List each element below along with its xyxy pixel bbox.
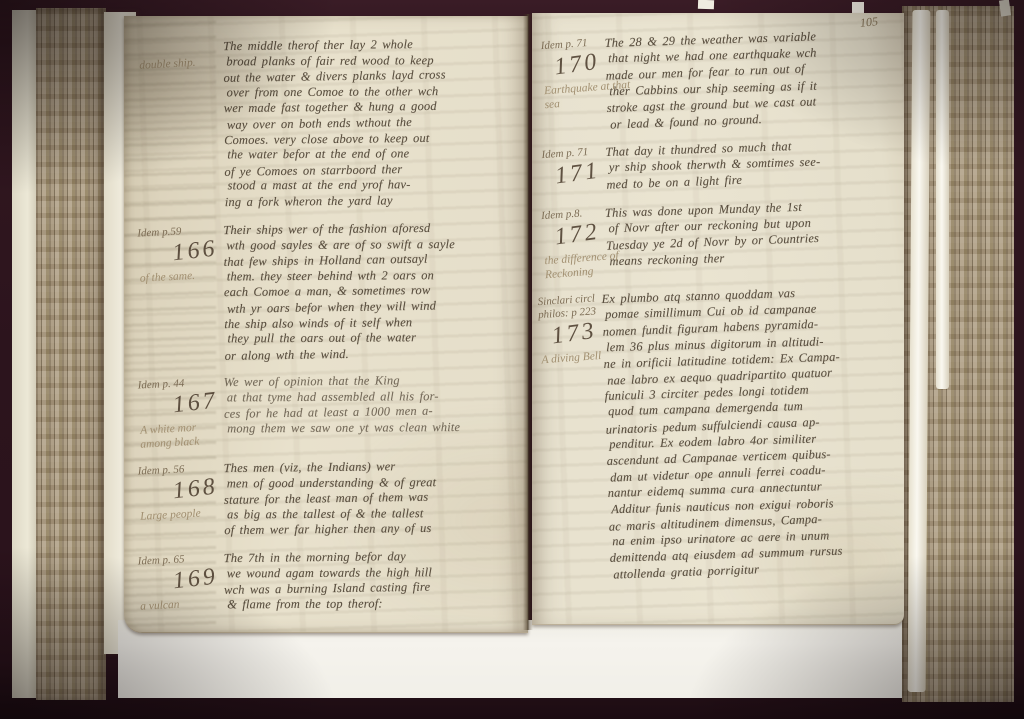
left-page-content: double ship. The middle therof ther lay … bbox=[124, 16, 528, 614]
margin-note-block bbox=[543, 191, 607, 193]
handwriting-line: as big as the tallest of & the tallest bbox=[227, 505, 522, 522]
entry-number: 172 bbox=[540, 219, 607, 251]
handwriting-lines: We wer of opinion that the Kingat that t… bbox=[224, 372, 523, 437]
entry-text: We wer of opinion that the Kingat that t… bbox=[224, 372, 523, 449]
margin-column: Idem p.59 166 of the same. bbox=[137, 223, 224, 364]
right-fore-edge-stack bbox=[902, 6, 1014, 702]
margin-column: Idem p. 71 171 bbox=[541, 144, 606, 195]
separator-sheet bbox=[908, 10, 931, 692]
right-entries: Idem p. 71 170 Earthquake at thatsea The… bbox=[542, 37, 898, 584]
entry-text: This was done upon Munday the 1stof Novr… bbox=[605, 196, 899, 279]
handwriting-lines: This was done upon Munday the 1stof Novr… bbox=[605, 196, 899, 270]
margin-note-block: the difference ofReckoning bbox=[542, 252, 607, 281]
margin-note-block: Earthquake at thatsea bbox=[542, 82, 607, 111]
entry-number: 173 bbox=[537, 318, 604, 350]
handwriting-line: them. they steer behind wth 2 oars on bbox=[227, 267, 522, 284]
right-page: 105 Idem p. 71 170 Earthquake at thatsea bbox=[532, 13, 904, 625]
entry-text: Ex plumbo atq stanno quoddam vaspomae si… bbox=[601, 282, 902, 583]
margin-reference-block: Sinclari circlphilos: p 223 bbox=[537, 293, 602, 321]
margin-subject-note: double ship. bbox=[139, 55, 224, 73]
entry-number: 168 bbox=[137, 474, 225, 508]
handwriting-line: We wer of opinion that the King bbox=[224, 372, 522, 391]
margin-note-block: double ship. bbox=[137, 57, 223, 71]
handwriting-line: Their ships wer of the fashion aforesd bbox=[223, 220, 521, 239]
right-page-content: Idem p. 71 170 Earthquake at thatsea The… bbox=[532, 13, 904, 584]
entry-text: Thes men (viz, the Indians) wermen of go… bbox=[224, 458, 523, 539]
handwriting-lines: That day it thundred so much thatyr ship… bbox=[605, 135, 898, 193]
handwriting-line: over from one Comoe to the other wch bbox=[227, 83, 522, 100]
handwriting-line: mong them we saw one yt was clean white bbox=[227, 419, 522, 436]
margin-column: Idem p.8. 172 the difference ofReckoning bbox=[541, 205, 607, 281]
entry-number: 166 bbox=[136, 235, 224, 269]
margin-note-block: A white moramong black bbox=[138, 422, 224, 450]
margin-subject-note: of the same. bbox=[140, 268, 225, 286]
margin-note-block: of the same. bbox=[138, 270, 224, 284]
handwriting-line: The 7th in the morning befor day bbox=[224, 548, 522, 567]
separator-sheet bbox=[936, 10, 949, 389]
handwriting-line: ing a fork wheron the yard lay bbox=[225, 192, 523, 211]
open-manuscript-book-photo: double ship. The middle therof ther lay … bbox=[0, 0, 1024, 719]
margin-column: Sinclari circlphilos: p 223 173 A diving… bbox=[537, 291, 610, 585]
entry-number: 169 bbox=[137, 564, 225, 598]
handwriting-line: The middle therof ther lay 2 whole bbox=[223, 36, 521, 55]
manuscript-entry: Idem p. 71 170 Earthquake at thatsea The… bbox=[540, 26, 899, 134]
handwriting-line: Thes men (viz, the Indians) wer bbox=[224, 458, 522, 477]
margin-subject-note: A diving Bell bbox=[541, 350, 604, 368]
manuscript-entry: Sinclari circlphilos: p 223 173 A diving… bbox=[537, 282, 902, 585]
handwriting-lines: The middle therof ther lay 2 wholebroad … bbox=[223, 36, 523, 211]
entry-number: 171 bbox=[541, 158, 608, 190]
margin-note-block: a vulcan bbox=[138, 598, 224, 612]
manuscript-entry: Idem p. 44 167 A white moramong black We… bbox=[138, 372, 523, 450]
paper-tab bbox=[698, 0, 714, 9]
margin-column: Idem p. 65 169 a vulcan bbox=[138, 551, 225, 614]
left-entries: double ship. The middle therof ther lay … bbox=[138, 40, 522, 614]
margin-column: Idem p. 71 170 Earthquake at thatsea bbox=[540, 35, 607, 134]
handwriting-lines: The 28 & 29 the weather was variablethat… bbox=[604, 26, 899, 132]
folio-number: 105 bbox=[859, 14, 878, 31]
handwriting-lines: Their ships wer of the fashion aforesdwt… bbox=[223, 220, 522, 363]
entry-number: 170 bbox=[540, 49, 607, 81]
left-endpaper-edge bbox=[12, 10, 38, 698]
paper-tab bbox=[999, 0, 1011, 17]
handwriting-line: stood a mast at the end yrof hav- bbox=[228, 177, 523, 194]
entry-text: Their ships wer of the fashion aforesdwt… bbox=[223, 220, 522, 363]
manuscript-entry: Idem p.59 166 of the same. Their ships w… bbox=[137, 220, 522, 364]
handwriting-lines: The 7th in the morning befor daywe wound… bbox=[224, 548, 523, 613]
entry-text: The 28 & 29 the weather was variablethat… bbox=[604, 26, 899, 132]
manuscript-entry: double ship. The middle therof ther lay … bbox=[137, 36, 523, 212]
entry-number: 167 bbox=[137, 388, 225, 422]
manuscript-entry: Idem p. 56 168 Large people Thes men (vi… bbox=[138, 458, 523, 540]
paper-tab bbox=[852, 2, 864, 13]
margin-note-block: A diving Bell bbox=[539, 351, 603, 367]
margin-subject-note: Large people bbox=[140, 506, 225, 524]
left-page: double ship. The middle therof ther lay … bbox=[124, 16, 528, 633]
handwriting-line: & flame from the top therof: bbox=[227, 595, 522, 612]
left-page-edge-stack bbox=[36, 8, 106, 700]
entry-text: That day it thundred so much thatyr ship… bbox=[605, 135, 898, 193]
manuscript-entry: Idem p.8. 172 the difference ofReckoning… bbox=[541, 196, 899, 281]
entry-text: The 7th in the morning befor daywe wound… bbox=[224, 548, 523, 613]
handwriting-lines: Thes men (viz, the Indians) wermen of go… bbox=[224, 458, 523, 539]
manuscript-entry: Idem p. 65 169 a vulcan The 7th in the m… bbox=[138, 548, 523, 614]
margin-column: Idem p. 56 168 Large people bbox=[138, 461, 225, 540]
margin-note-block: Large people bbox=[138, 508, 224, 522]
manuscript-entry: Idem p. 71 171 That day it thundred so m… bbox=[541, 135, 898, 195]
handwriting-lines: Ex plumbo atq stanno quoddam vaspomae si… bbox=[601, 282, 902, 583]
entry-text: The middle therof ther lay 2 wholebroad … bbox=[223, 36, 523, 211]
margin-column: Idem p. 44 167 A white moramong black bbox=[138, 375, 225, 450]
handwriting-line: of them wer far higher then any of us bbox=[224, 520, 522, 539]
margin-column: double ship. bbox=[137, 39, 225, 211]
margin-reference-block bbox=[137, 41, 223, 42]
margin-subject-note: a vulcan bbox=[140, 596, 225, 614]
